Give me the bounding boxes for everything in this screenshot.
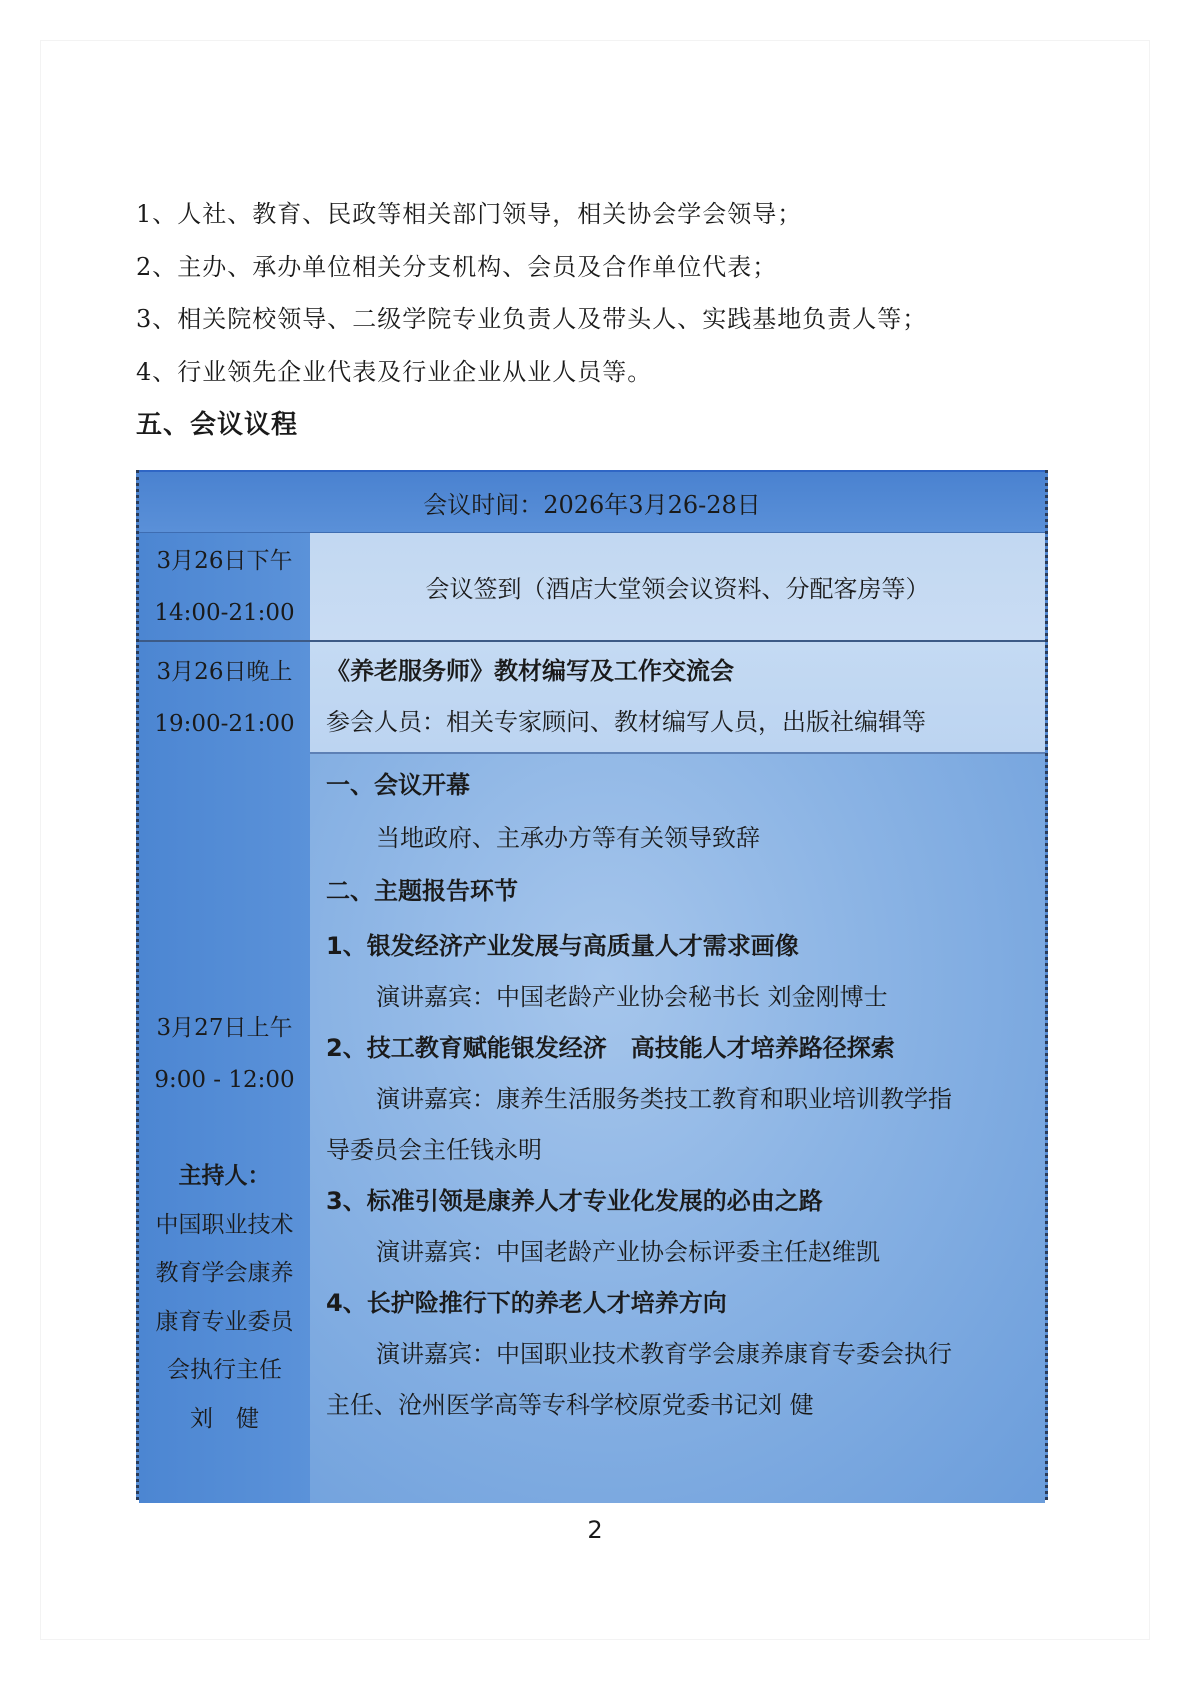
- agenda-row-textbook-meeting: 3月26日晚上 19:00-21:00 《养老服务师》教材编写及工作交流会 参会…: [139, 642, 1045, 754]
- time-range: 9:00 - 12:00: [154, 1054, 294, 1106]
- attendee-item-2: 2、主办、承办单位相关分支机构、会员及合作单位代表；: [136, 241, 927, 294]
- time-range: 19:00-21:00: [154, 698, 294, 750]
- section-opening: 一、会议开幕: [326, 760, 1045, 811]
- host-line: 康育专业委员: [156, 1298, 294, 1347]
- session-participants: 参会人员：相关专家顾问、教材编写人员，出版社编辑等: [326, 694, 1045, 750]
- keynote-speaker-4-cont: 主任、沧州医学高等专科学校原党委书记刘 健: [326, 1380, 1045, 1431]
- agenda-table: 会议时间：2026年3月26-28日 3月26日下午 14:00-21:00 会…: [136, 470, 1048, 1500]
- time-range: 14:00-21:00: [154, 587, 294, 639]
- section-title: 五、会议议程: [136, 404, 298, 441]
- time-date: 3月26日晚上: [157, 646, 293, 698]
- keynote-title-1: 1、银发经济产业发展与高质量人才需求画像: [326, 921, 1045, 972]
- time-date: 3月26日下午: [157, 535, 293, 587]
- content-cell: 一、会议开幕 当地政府、主承办方等有关领导致辞 二、主题报告环节 1、银发经济产…: [310, 754, 1045, 1503]
- host-label: 主持人：: [179, 1152, 271, 1201]
- keynote-title-2: 2、技工教育赋能银发经济 高技能人才培养路径探索: [326, 1023, 1045, 1074]
- host-name: 刘 健: [190, 1395, 259, 1444]
- session-title: 《养老服务师》教材编写及工作交流会: [326, 648, 1045, 694]
- agenda-row-main-session: 3月27日上午 9:00 - 12:00 主持人： 中国职业技术 教育学会康养 …: [139, 754, 1045, 1503]
- content-cell: 《养老服务师》教材编写及工作交流会 参会人员：相关专家顾问、教材编写人员，出版社…: [310, 642, 1045, 754]
- page-number: 2: [0, 1516, 1190, 1544]
- time-cell: 3月26日下午 14:00-21:00: [139, 533, 310, 640]
- keynote-title-4: 4、长护险推行下的养老人才培养方向: [326, 1278, 1045, 1329]
- host-line: 教育学会康养: [156, 1249, 294, 1298]
- time-cell: 3月27日上午 9:00 - 12:00 主持人： 中国职业技术 教育学会康养 …: [139, 754, 310, 1503]
- keynote-speaker-1: 演讲嘉宾：中国老龄产业协会秘书长 刘金刚博士: [326, 972, 1045, 1023]
- attendee-list: 1、人社、教育、民政等相关部门领导，相关协会学会领导； 2、主办、承办单位相关分…: [136, 188, 927, 398]
- keynote-title-3: 3、标准引领是康养人才专业化发展的必由之路: [326, 1176, 1045, 1227]
- keynote-speaker-3: 演讲嘉宾：中国老龄产业协会标评委主任赵维凯: [326, 1227, 1045, 1278]
- keynote-speaker-2-cont: 导委员会主任钱永明: [326, 1125, 1045, 1176]
- time-cell: 3月26日晚上 19:00-21:00: [139, 642, 310, 754]
- time-date: 3月27日上午: [157, 1002, 293, 1054]
- agenda-row-checkin: 3月26日下午 14:00-21:00 会议签到（酒店大堂领会议资料、分配客房等…: [139, 533, 1045, 642]
- content-cell: 会议签到（酒店大堂领会议资料、分配客房等）: [310, 533, 1045, 640]
- section-keynotes: 二、主题报告环节: [326, 866, 1045, 917]
- keynote-speaker-2: 演讲嘉宾：康养生活服务类技工教育和职业培训教学指: [326, 1074, 1045, 1125]
- attendee-item-1: 1、人社、教育、民政等相关部门领导，相关协会学会领导；: [136, 188, 927, 241]
- opening-speech: 当地政府、主承办方等有关领导致辞: [326, 813, 1045, 864]
- attendee-item-4: 4、行业领先企业代表及行业企业从业人员等。: [136, 346, 927, 399]
- attendee-item-3: 3、相关院校领导、二级学院专业负责人及带头人、实践基地负责人等；: [136, 293, 927, 346]
- host-info: 主持人： 中国职业技术 教育学会康养 康育专业委员 会执行主任 刘 健: [156, 1152, 294, 1443]
- host-line: 会执行主任: [167, 1346, 282, 1395]
- keynote-speaker-4: 演讲嘉宾：中国职业技术教育学会康养康育专委会执行: [326, 1329, 1045, 1380]
- agenda-header: 会议时间：2026年3月26-28日: [139, 470, 1045, 533]
- host-line: 中国职业技术: [156, 1201, 294, 1250]
